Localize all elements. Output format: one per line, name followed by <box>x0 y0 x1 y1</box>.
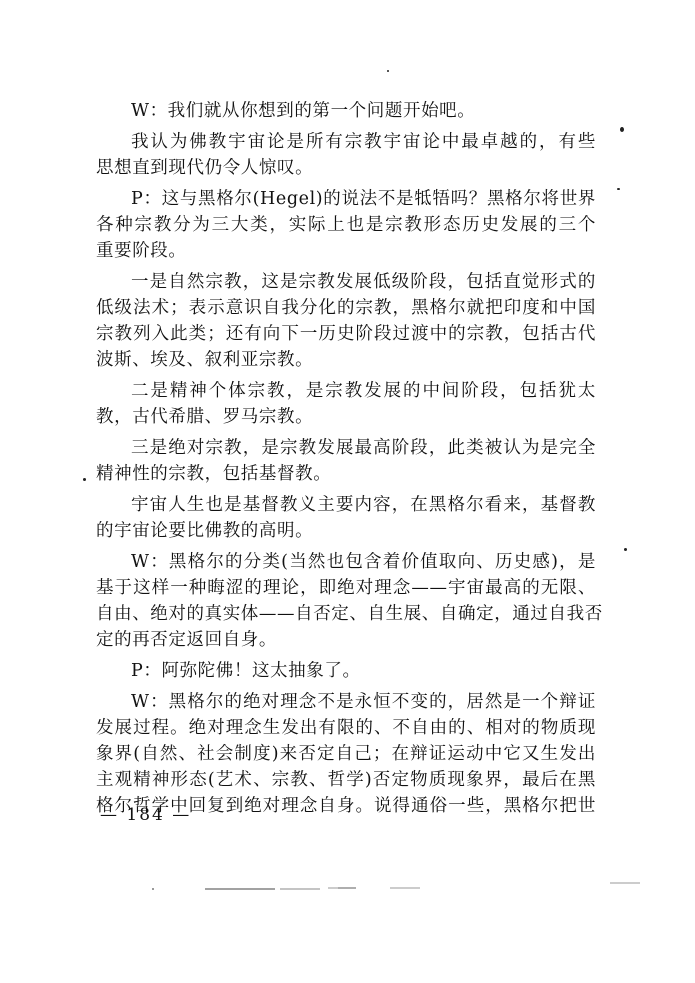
scan-speck <box>617 188 620 190</box>
text-line: P：阿弥陀佛！这太抽象了。 <box>96 658 596 684</box>
scan-noise <box>205 888 275 890</box>
scan-noise <box>338 887 356 889</box>
text-line: 基于这样一种晦涩的理论，即绝对理念——宇宙最高的无限、 <box>96 575 596 601</box>
text-line: P：这与黑格尔(Hegel)的说法不是牴牾吗？黑格尔将世界 <box>96 186 596 212</box>
paragraph-spiritual-individuality: 二是精神个体宗教，是宗教发展的中间阶段，包括犹太 教，古代希腊、罗马宗教。 <box>96 378 596 430</box>
text-line: 三是绝对宗教，是宗教发展最高阶段，此类被认为是完全 <box>96 435 596 461</box>
text-line: 发展过程。绝对理念生发出有限的、不自由的、相对的物质现 <box>96 715 596 741</box>
scan-speck <box>387 70 389 72</box>
paragraph-natural-religion: 一是自然宗教，这是宗教发展低级阶段，包括直觉形式的 低级法术；表示意识自我分化的… <box>96 269 596 373</box>
text-line: W：我们就从你想到的第一个问题开始吧。 <box>96 98 596 124</box>
scan-noise <box>390 887 420 889</box>
paragraph-w-opening: W：我们就从你想到的第一个问题开始吧。 <box>96 98 596 124</box>
paragraph-w-buddhist-cosmology: 我认为佛教宇宙论是所有宗教宇宙论中最卓越的，有些 思想直到现代仍令人惊叹。 <box>96 129 596 181</box>
text-line: 象界(自然、社会制度)来否定自己；在辩证运动中它又生发出 <box>96 741 596 767</box>
paragraph-absolute-religion: 三是绝对宗教，是宗教发展最高阶段，此类被认为是完全 精神性的宗教，包括基督教。 <box>96 435 596 487</box>
paragraph-w-dialectic: W：黑格尔的绝对理念不是永恒不变的，居然是一个辩证 发展过程。绝对理念生发出有限… <box>96 689 596 819</box>
text-line: 精神性的宗教，包括基督教。 <box>96 461 596 487</box>
scan-speck <box>624 548 627 551</box>
paragraph-christian-cosmology: 宇宙人生也是基督教义主要内容，在黑格尔看来，基督教 的宇宙论要比佛教的高明。 <box>96 492 596 544</box>
paragraph-w-absolute-idea: W：黑格尔的分类(当然也包含着价值取向、历史感)，是 基于这样一种晦涩的理论，即… <box>96 549 596 653</box>
text-line: 宗教列入此类；还有向下一历史阶段过渡中的宗教，包括古代 <box>96 321 596 347</box>
text-line: 定的再否定返回自身。 <box>96 627 596 653</box>
paragraph-p-hegel: P：这与黑格尔(Hegel)的说法不是牴牾吗？黑格尔将世界 各种宗教分为三大类，… <box>96 186 596 264</box>
text-line: W：黑格尔的分类(当然也包含着价值取向、历史感)，是 <box>96 549 596 575</box>
text-line: 二是精神个体宗教，是宗教发展的中间阶段，包括犹太 <box>96 378 596 404</box>
scanned-book-page: W：我们就从你想到的第一个问题开始吧。 我认为佛教宇宙论是所有宗教宇宙论中最卓越… <box>0 0 695 983</box>
text-line: W：黑格尔的绝对理念不是永恒不变的，居然是一个辩证 <box>96 689 596 715</box>
text-line: 低级法术；表示意识自我分化的宗教，黑格尔就把印度和中国 <box>96 295 596 321</box>
text-line: 各种宗教分为三大类，实际上也是宗教形态历史发展的三个 <box>96 212 596 238</box>
text-line: 自由、绝对的真实体——自否定、自生展、自确定，通过自我否 <box>96 601 596 627</box>
scan-speck <box>152 888 154 890</box>
body-text: W：我们就从你想到的第一个问题开始吧。 我认为佛教宇宙论是所有宗教宇宙论中最卓越… <box>96 98 596 819</box>
text-line: 重要阶段。 <box>96 238 596 264</box>
page-number: — 184 — <box>100 805 191 825</box>
paragraph-p-amitabha: P：阿弥陀佛！这太抽象了。 <box>96 658 596 684</box>
text-line: 波斯、埃及、叙利亚宗教。 <box>96 347 596 373</box>
text-line: 思想直到现代仍令人惊叹。 <box>96 155 596 181</box>
scan-speck <box>620 127 624 132</box>
text-line: 主观精神形态(艺术、宗教、哲学)否定物质现象界，最后在黑 <box>96 767 596 793</box>
scan-noise <box>280 888 320 890</box>
text-line: 的宇宙论要比佛教的高明。 <box>96 518 596 544</box>
text-line: 宇宙人生也是基督教义主要内容，在黑格尔看来，基督教 <box>96 492 596 518</box>
text-line: 一是自然宗教，这是宗教发展低级阶段，包括直觉形式的 <box>96 269 596 295</box>
text-line: 教，古代希腊、罗马宗教。 <box>96 404 596 430</box>
scan-speck <box>83 478 86 481</box>
text-line: 我认为佛教宇宙论是所有宗教宇宙论中最卓越的，有些 <box>96 129 596 155</box>
scan-noise <box>610 882 640 884</box>
